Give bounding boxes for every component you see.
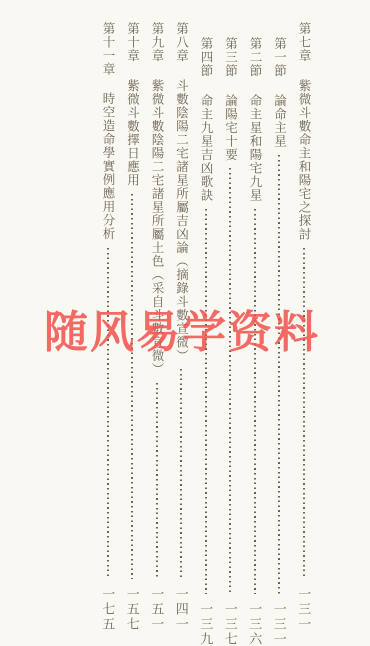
toc-entry: 第十章 紫微斗數擇日應用 一五七 [120,20,145,632]
toc-entry: 第三節 論陽宅十要 一三七 [218,20,243,646]
toc-entry: 第七章 紫微斗數命主和陽宅之探討 一三一 [292,20,317,632]
toc-entry: 第一節 論命主星 一三一 [267,20,292,646]
toc-entry-page: 一五一 [150,587,163,632]
toc-entry-title: 命主星和陽宅九星 [249,94,262,202]
toc-entry-page: 一三一 [297,587,310,632]
toc-entry-title: 命主九星吉凶歌訣 [200,94,213,202]
toc-entry-title: 紫微斗數命主和陽宅之探討 [298,79,311,241]
toc-entry-label: 第一節 [273,37,286,78]
toc-page: 第七章 紫微斗數命主和陽宅之探討 一三一 第一節 論命主星 一三一 第二節 命主… [0,0,370,646]
toc-columns: 第七章 紫微斗數命主和陽宅之探討 一三一 第一節 論命主星 一三一 第二節 命主… [95,20,316,630]
dotted-leader [303,248,305,580]
toc-entry-page: 一三七 [224,602,237,646]
dotted-leader [156,383,158,580]
toc-entry-label: 第十章 [126,22,139,63]
toc-entry-page: 一三一 [273,602,286,646]
toc-entry-title: 時空造命學實例應用分析 [102,92,115,241]
dotted-leader [131,194,133,580]
dotted-leader [229,168,231,594]
toc-entry-label: 第七章 [298,22,311,63]
toc-entry-page: 一四一 [175,587,188,632]
dotted-leader [278,155,280,595]
toc-entry-label: 第九章 [151,22,164,63]
dotted-leader [254,209,256,595]
dotted-leader [205,209,207,595]
dotted-leader [107,248,109,580]
toc-entry: 第九章 紫微斗數陰陽二宅諸星所屬土色（采自斗數宣微） 一五一 [145,20,170,632]
toc-entry-page: 一三六 [248,602,261,646]
toc-entry-page: 一三九 [199,602,212,646]
toc-entry-page: 一七五 [101,587,114,632]
toc-entry-page: 一五七 [126,587,139,632]
toc-entry-title: 論陽宅十要 [224,94,237,162]
toc-entry-label: 第四節 [200,37,213,78]
toc-entry-title: 紫微斗數陰陽二宅諸星所屬土色（采自斗數宣微） [151,79,164,376]
toc-entry-title: 論命主星 [273,94,286,148]
toc-entry-label: 第二節 [249,37,262,78]
toc-entry-title: 斗數陰陽二宅諸星所屬吉凶論（摘錄斗數宣微） [175,79,188,363]
toc-entry-label: 第三節 [224,37,237,78]
dotted-leader [180,369,182,579]
toc-entry-label: 第十一章 [102,22,115,76]
toc-entry: 第四節 命主九星吉凶歌訣 一三九 [194,20,219,646]
toc-entry-title: 紫微斗數擇日應用 [126,79,139,187]
toc-entry-label: 第八章 [175,22,188,63]
toc-entry: 第八章 斗數陰陽二宅諸星所屬吉凶論（摘錄斗數宣微） 一四一 [169,20,194,632]
toc-entry: 第十一章 時空造命學實例應用分析 一七五 [96,20,121,632]
toc-entry: 第二節 命主星和陽宅九星 一三六 [243,20,268,646]
